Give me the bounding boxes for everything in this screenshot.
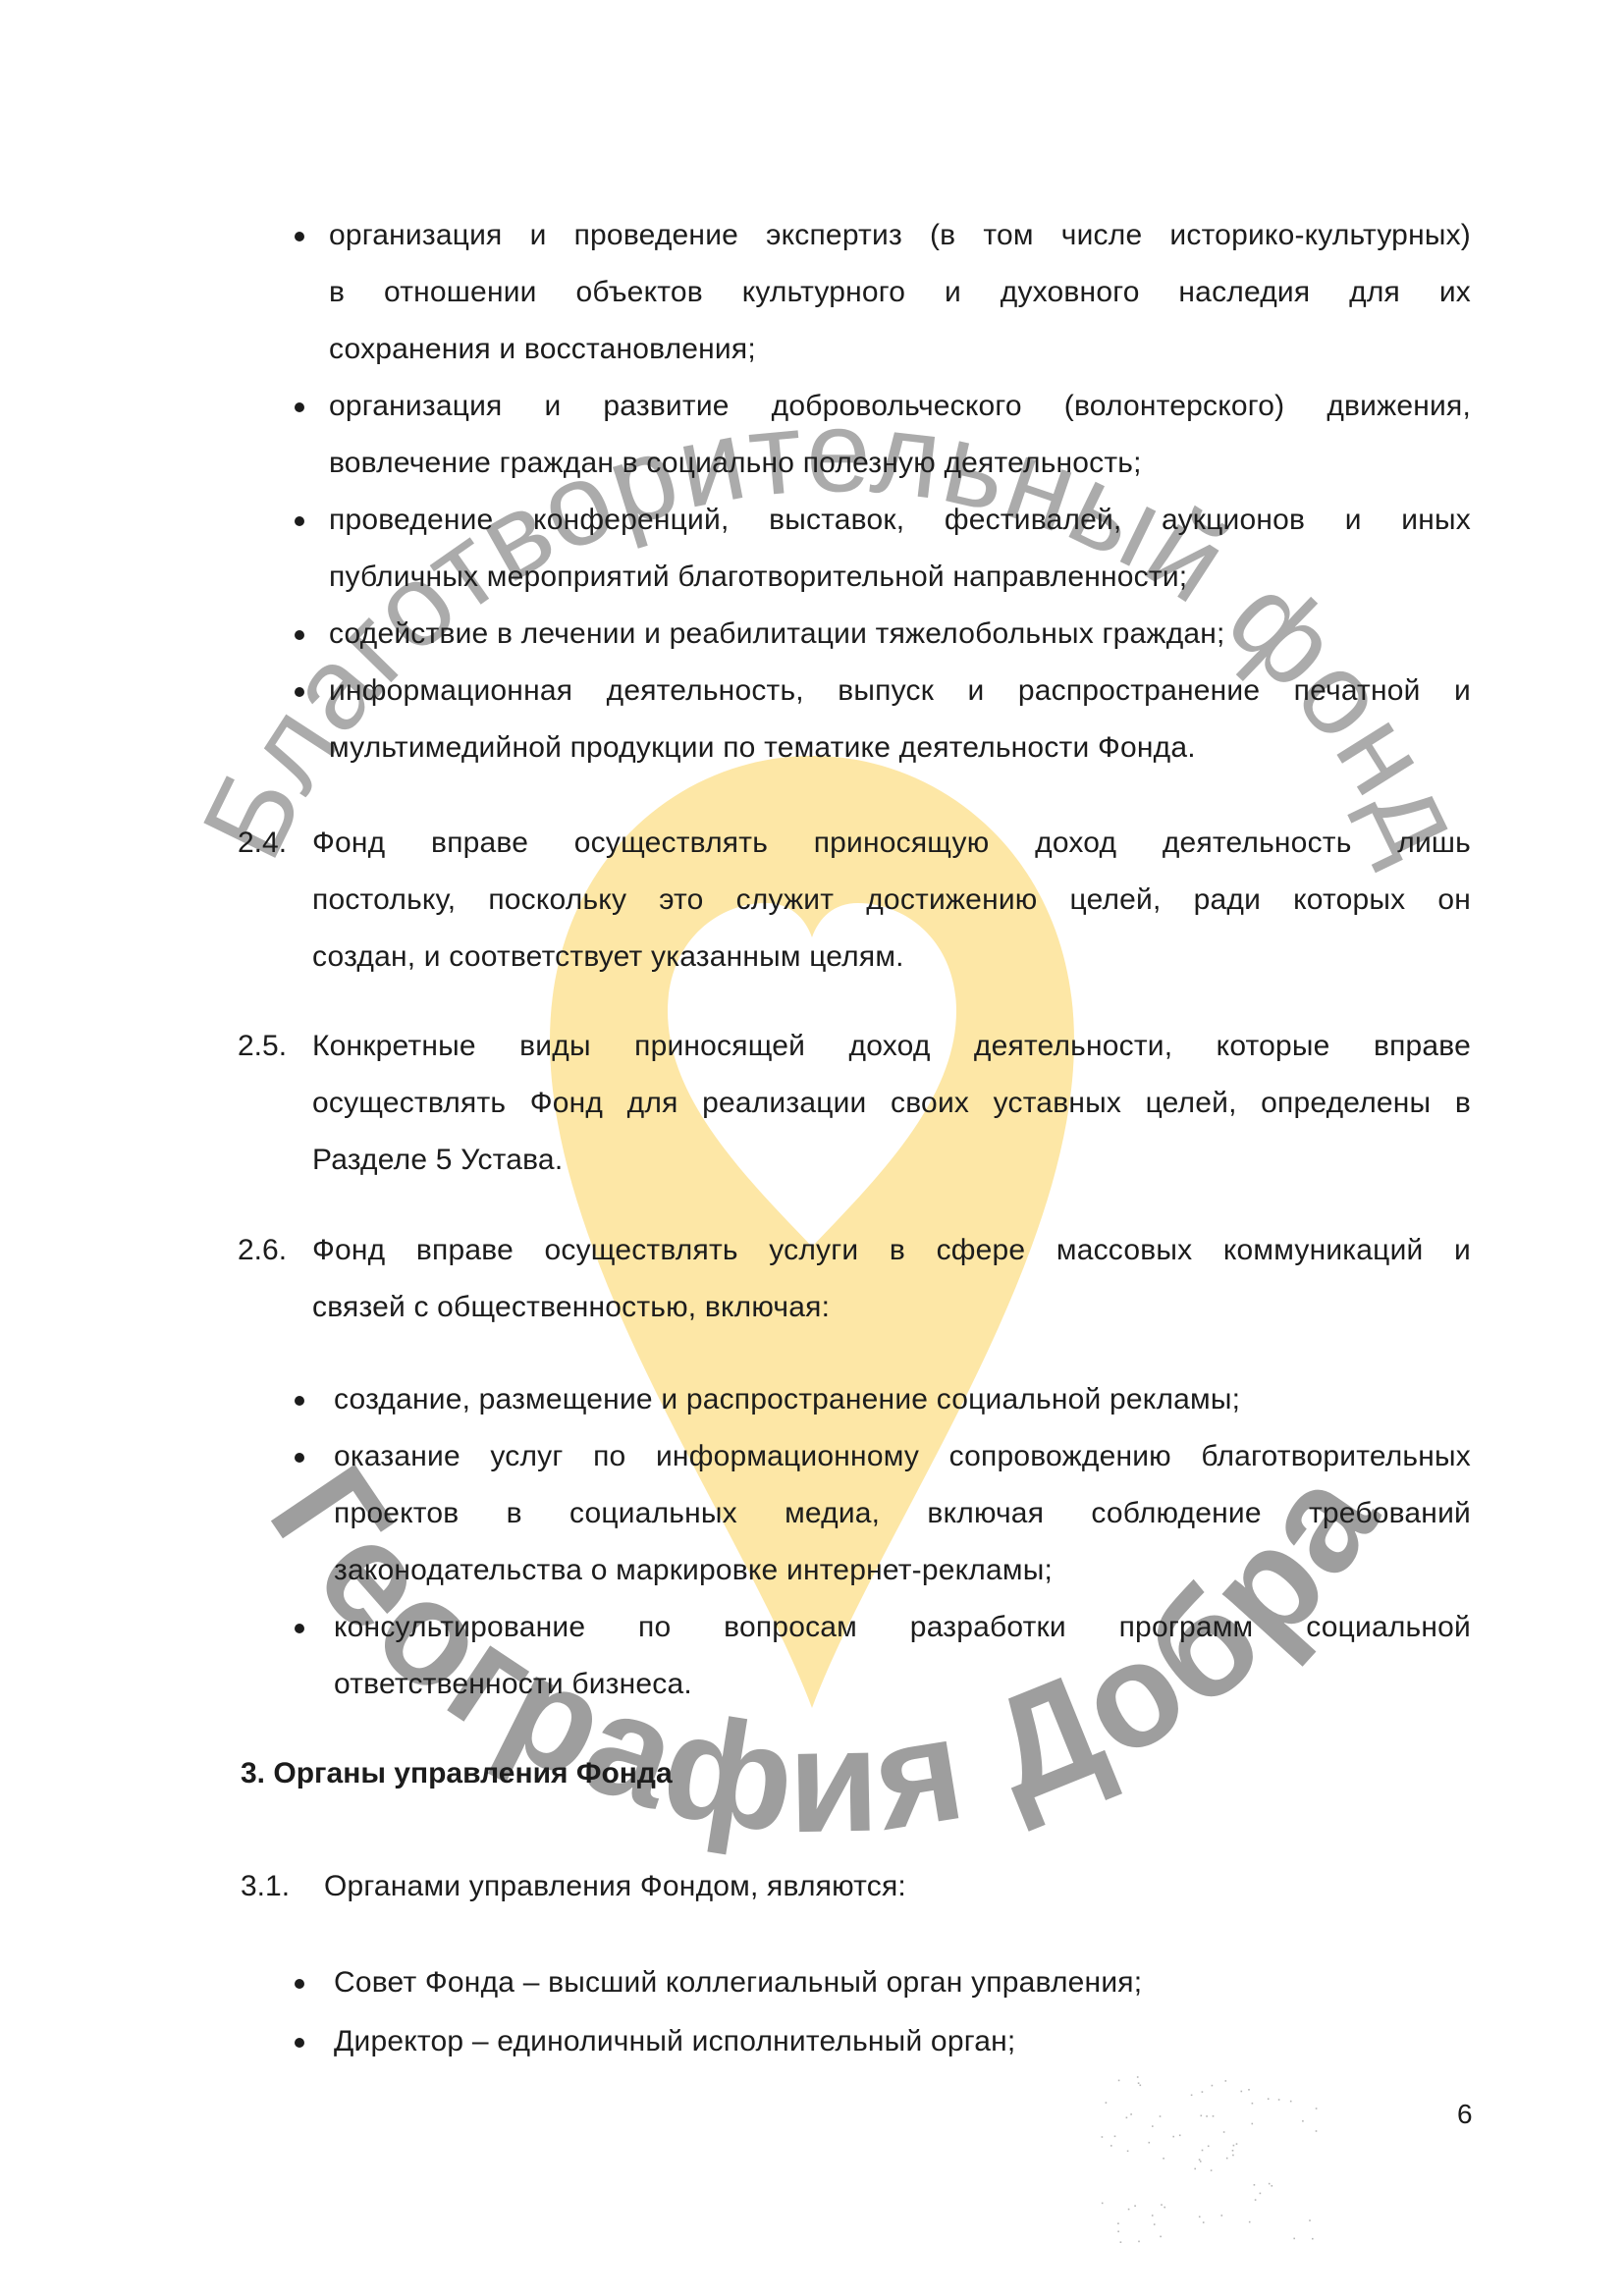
list-item-line: Совет Фонда – высший коллегиальный орган… — [334, 1965, 1142, 2001]
clause-line: Органами управления Фондом, являются: — [324, 1869, 906, 1904]
clause-line: связей с общественностью, включая: — [312, 1290, 830, 1325]
list-item-line: мультимедийной продукции по тематике дея… — [329, 730, 1196, 766]
list-item-line: организация и развитие добровольческого … — [329, 389, 1471, 424]
list-item-line: проведение конференций, выставок, фестив… — [329, 503, 1471, 538]
clause-number: 2.6. — [238, 1233, 287, 1268]
list-item-line: создание, размещение и распространение с… — [334, 1382, 1240, 1417]
clause-line: осуществлять Фонд для реализации своих у… — [312, 1086, 1471, 1121]
clause-number: 2.5. — [238, 1029, 287, 1064]
clause-line: Конкретные виды приносящей доход деятель… — [312, 1029, 1471, 1064]
list-item-line: Директор – единоличный исполнительный ор… — [334, 2024, 1015, 2059]
bullet-icon — [295, 232, 304, 241]
list-item-line: сохранения и восстановления; — [329, 332, 756, 367]
list-item-line: ответственности бизнеса. — [334, 1667, 692, 1702]
clause-line: создан, и соответствует указанным целям. — [312, 939, 904, 975]
clause-line: Фонд вправе осуществлять услуги в сфере … — [312, 1233, 1471, 1268]
clause-line: Разделе 5 Устава. — [312, 1143, 563, 1178]
list-item-line: в отношении объектов культурного и духов… — [329, 275, 1471, 310]
list-item-line: вовлечение граждан в социально полезную … — [329, 446, 1142, 481]
list-item-line: организация и проведение экспертиз (в то… — [329, 218, 1471, 253]
bullet-icon — [295, 516, 304, 526]
bullet-icon — [295, 630, 304, 640]
list-item-line: публичных мероприятий благотворительной … — [329, 560, 1187, 595]
bullet-icon — [295, 1453, 304, 1463]
clause-number: 2.4. — [238, 826, 287, 861]
bullet-icon — [295, 402, 304, 412]
clause-line: постольку, поскольку это служит достижен… — [312, 882, 1471, 918]
list-item-line: информационная деятельность, выпуск и ра… — [329, 673, 1471, 709]
list-item-line: консультирование по вопросам разработки … — [334, 1610, 1471, 1645]
page-number: 6 — [1457, 2098, 1473, 2131]
list-item-line: содействие в лечении и реабилитации тяже… — [329, 616, 1225, 652]
bullet-icon — [295, 1396, 304, 1406]
clause-line: Фонд вправе осуществлять приносящую дохо… — [312, 826, 1471, 861]
list-item-line: проектов в социальных медиа, включая соб… — [334, 1496, 1471, 1531]
document-page: Благотворительный фонд География Добра о… — [0, 0, 1624, 2296]
clause-number: 3.1. — [241, 1869, 290, 1904]
bullet-icon — [295, 1624, 304, 1633]
bullet-icon — [295, 1979, 304, 1989]
section-heading: 3. Органы управления Фонда — [241, 1756, 673, 1791]
document-body: организация и проведение экспертиз (в то… — [0, 0, 1624, 2296]
list-item-line: законодательства о маркировке интернет-р… — [334, 1553, 1053, 1588]
bullet-icon — [295, 2038, 304, 2048]
bullet-icon — [295, 687, 304, 697]
list-item-line: оказание услуг по информационному сопров… — [334, 1439, 1471, 1474]
